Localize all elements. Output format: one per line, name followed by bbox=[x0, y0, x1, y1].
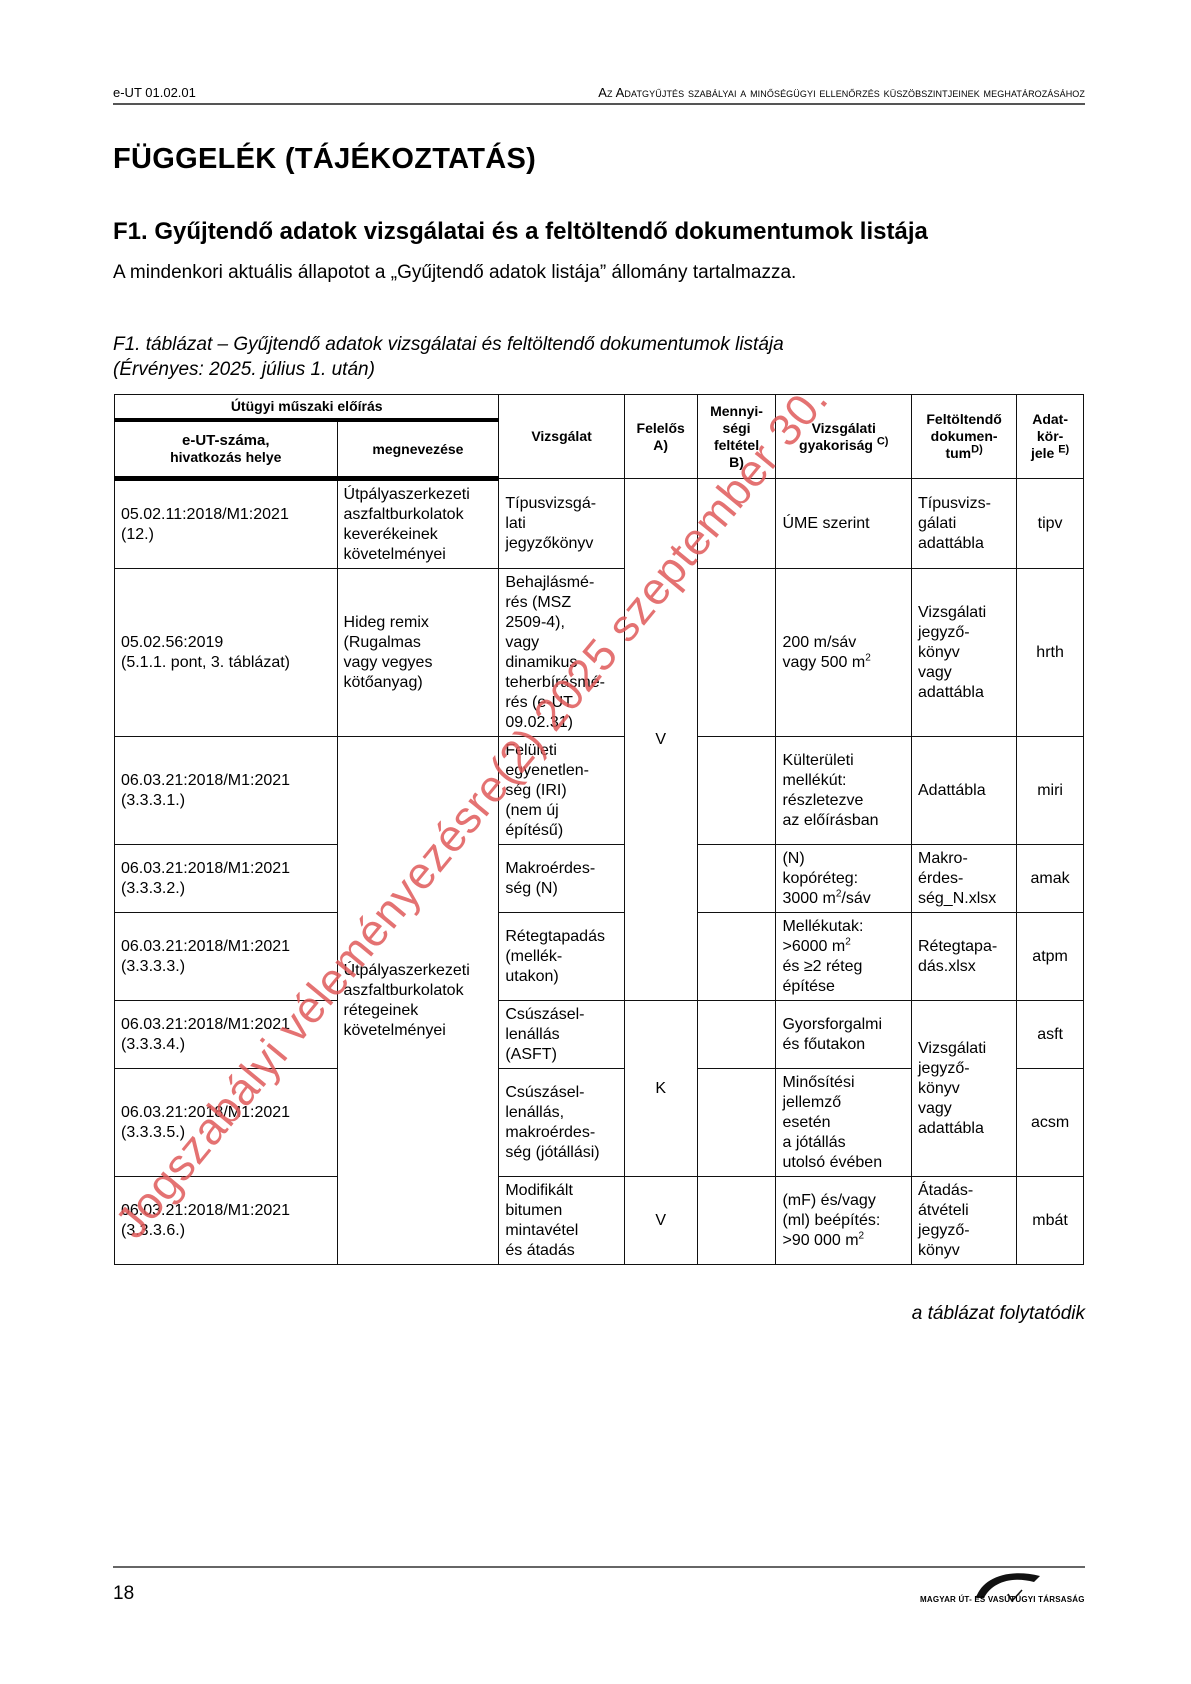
header-responsible: FelelősA) bbox=[624, 395, 697, 479]
cell-ref: 05.02.56:2019(5.1.1. pont, 3. táblázat) bbox=[115, 569, 338, 737]
cell-code: hrth bbox=[1017, 569, 1084, 737]
cell-test: Csúszásel-lenállás,makroérdes-ség (jótál… bbox=[499, 1069, 624, 1177]
society-logo: MAGYAR ÚT- ÉS VASÚTÜGYI TÁRSASÁG bbox=[918, 1568, 1078, 1608]
header-test: Vizsgálat bbox=[499, 395, 624, 479]
cell-responsible: K bbox=[624, 1001, 697, 1177]
cell-code: asft bbox=[1017, 1001, 1084, 1069]
table-row: 06.03.21:2018/M1:2021(3.3.3.1.) Útpályas… bbox=[115, 737, 1084, 845]
cell-code: mbát bbox=[1017, 1177, 1084, 1265]
table-continues-note: a táblázat folytatódik bbox=[912, 1303, 1085, 1325]
caption-title: F1. táblázat – Gyűjtendő adatok vizsgála… bbox=[113, 332, 784, 357]
cell-test: Típusvizsgá-latijegyzőkönyv bbox=[499, 479, 624, 569]
cell-quantity bbox=[697, 569, 776, 737]
cell-responsible: V bbox=[624, 479, 697, 1001]
caption-validity: (Érvényes: 2025. július 1. után) bbox=[113, 357, 784, 382]
section-heading: F1. Gyűjtendő adatok vizsgálatai és a fe… bbox=[113, 218, 928, 246]
cell-ref: 06.03.21:2018/M1:2021(3.3.3.6.) bbox=[115, 1177, 338, 1265]
cell-name: Hideg remix(Rugalmasvagy vegyeskötőanyag… bbox=[337, 569, 499, 737]
document-page: e-UT 01.02.01 Az Adatgyűjtés szabályai a… bbox=[0, 0, 1191, 1684]
header-regulation-group: Útügyi műszaki előírás bbox=[115, 395, 499, 421]
cell-document: Rétegtapa-dás.xlsx bbox=[912, 913, 1017, 1001]
cell-name-merged: Útpályaszerkezetiaszfaltburkolatokrétege… bbox=[337, 737, 499, 1265]
cell-ref: 06.03.21:2018/M1:2021(3.3.3.2.) bbox=[115, 845, 338, 913]
cell-ref: 06.03.21:2018/M1:2021(3.3.3.4.) bbox=[115, 1001, 338, 1069]
cell-frequency: Mellékutak:>6000 m2és ≥2 rétegépítése bbox=[776, 913, 912, 1001]
header-frequency: Vizsgálatigyakoriság C) bbox=[776, 395, 912, 479]
cell-code: acsm bbox=[1017, 1069, 1084, 1177]
cell-frequency: Minősítésijellemzőeseténa jótállásutolsó… bbox=[776, 1069, 912, 1177]
cell-code: amak bbox=[1017, 845, 1084, 913]
cell-frequency: ÚME szerint bbox=[776, 479, 912, 569]
cell-ref: 05.02.11:2018/M1:2021(12.) bbox=[115, 479, 338, 569]
cell-frequency: (mF) és/vagy(ml) beépítés:>90 000 m2 bbox=[776, 1177, 912, 1265]
cell-code: atpm bbox=[1017, 913, 1084, 1001]
cell-frequency: Gyorsforgalmiés főutakon bbox=[776, 1001, 912, 1069]
data-collection-table: Útügyi műszaki előírás Vizsgálat Felelős… bbox=[114, 394, 1084, 1265]
cell-test: Felületiegyenetlen-ség (IRI)(nem újépíté… bbox=[499, 737, 624, 845]
cell-ref: 06.03.21:2018/M1:2021(3.3.3.5.) bbox=[115, 1069, 338, 1177]
header-code: Adat-kör-jele E) bbox=[1017, 395, 1084, 479]
cell-ref: 06.03.21:2018/M1:2021(3.3.3.3.) bbox=[115, 913, 338, 1001]
header-eut-number: e-UT-száma,hivatkozás helye bbox=[115, 420, 338, 479]
cell-quantity bbox=[697, 737, 776, 845]
cell-quantity bbox=[697, 1001, 776, 1069]
cell-responsible: V bbox=[624, 1177, 697, 1265]
table-row: 05.02.11:2018/M1:2021(12.) Útpályaszerke… bbox=[115, 479, 1084, 569]
cell-ref: 06.03.21:2018/M1:2021(3.3.3.1.) bbox=[115, 737, 338, 845]
cell-name: Útpályaszerkezetiaszfaltburkolatokkeveré… bbox=[337, 479, 499, 569]
cell-document: Átadás-átvételijegyző-könyv bbox=[912, 1177, 1017, 1265]
cell-document: Típusvizs-gálatiadattábla bbox=[912, 479, 1017, 569]
table-row: 06.03.21:2018/M1:2021(3.3.3.6.) Modifiká… bbox=[115, 1177, 1084, 1265]
cell-quantity bbox=[697, 913, 776, 1001]
table-row: 06.03.21:2018/M1:2021(3.3.3.3.) Rétegtap… bbox=[115, 913, 1084, 1001]
table-row: 06.03.21:2018/M1:2021(3.3.3.4.) Csúszáse… bbox=[115, 1001, 1084, 1069]
cell-test: Rétegtapadás(mellék-utakon) bbox=[499, 913, 624, 1001]
cell-document-merged: Vizsgálatijegyző-könyvvagyadattábla bbox=[912, 1001, 1017, 1177]
cell-quantity bbox=[697, 845, 776, 913]
cell-quantity bbox=[697, 1177, 776, 1265]
cell-quantity bbox=[697, 1069, 776, 1177]
cell-document: Vizsgálatijegyző-könyvvagyadattábla bbox=[912, 569, 1017, 737]
running-header: e-UT 01.02.01 Az Adatgyűjtés szabályai a… bbox=[113, 85, 1085, 105]
cell-test: Csúszásel-lenállás(ASFT) bbox=[499, 1001, 624, 1069]
cell-code: miri bbox=[1017, 737, 1084, 845]
table-row: 06.03.21:2018/M1:2021(3.3.3.2.) Makroérd… bbox=[115, 845, 1084, 913]
header-document: Feltöltendődokumen-tumD) bbox=[912, 395, 1017, 479]
header-name: megnevezése bbox=[337, 420, 499, 479]
doc-code: e-UT 01.02.01 bbox=[113, 85, 196, 100]
cell-frequency: (N)kopóréteg:3000 m2/sáv bbox=[776, 845, 912, 913]
table-caption: F1. táblázat – Gyűjtendő adatok vizsgála… bbox=[113, 332, 784, 382]
doc-title: Az Adatgyűjtés szabályai a minőségügyi e… bbox=[598, 85, 1085, 100]
cell-frequency: 200 m/sávvagy 500 m2 bbox=[776, 569, 912, 737]
cell-document: Adattábla bbox=[912, 737, 1017, 845]
cell-quantity bbox=[697, 479, 776, 569]
cell-code: tipv bbox=[1017, 479, 1084, 569]
appendix-heading: FÜGGELÉK (TÁJÉKOZTATÁS) bbox=[113, 143, 536, 176]
cell-test: Modifikáltbitumenmintavételés átadás bbox=[499, 1177, 624, 1265]
cell-test: Makroérdes-ség (N) bbox=[499, 845, 624, 913]
logo-text: MAGYAR ÚT- ÉS VASÚTÜGYI TÁRSASÁG bbox=[920, 1595, 1085, 1604]
table-row: 05.02.56:2019(5.1.1. pont, 3. táblázat) … bbox=[115, 569, 1084, 737]
page-number: 18 bbox=[113, 1583, 134, 1605]
lead-paragraph: A mindenkori aktuális állapotot a „Gyűjt… bbox=[113, 262, 796, 284]
cell-document: Makro-érdes-ség_N.xlsx bbox=[912, 845, 1017, 913]
header-quantity: Mennyi-ségifeltételB) bbox=[697, 395, 776, 479]
cell-test: Behajlásmé-rés (MSZ2509-4),vagydinamikus… bbox=[499, 569, 624, 737]
cell-frequency: Külterületimellékút:részletezveaz előírá… bbox=[776, 737, 912, 845]
